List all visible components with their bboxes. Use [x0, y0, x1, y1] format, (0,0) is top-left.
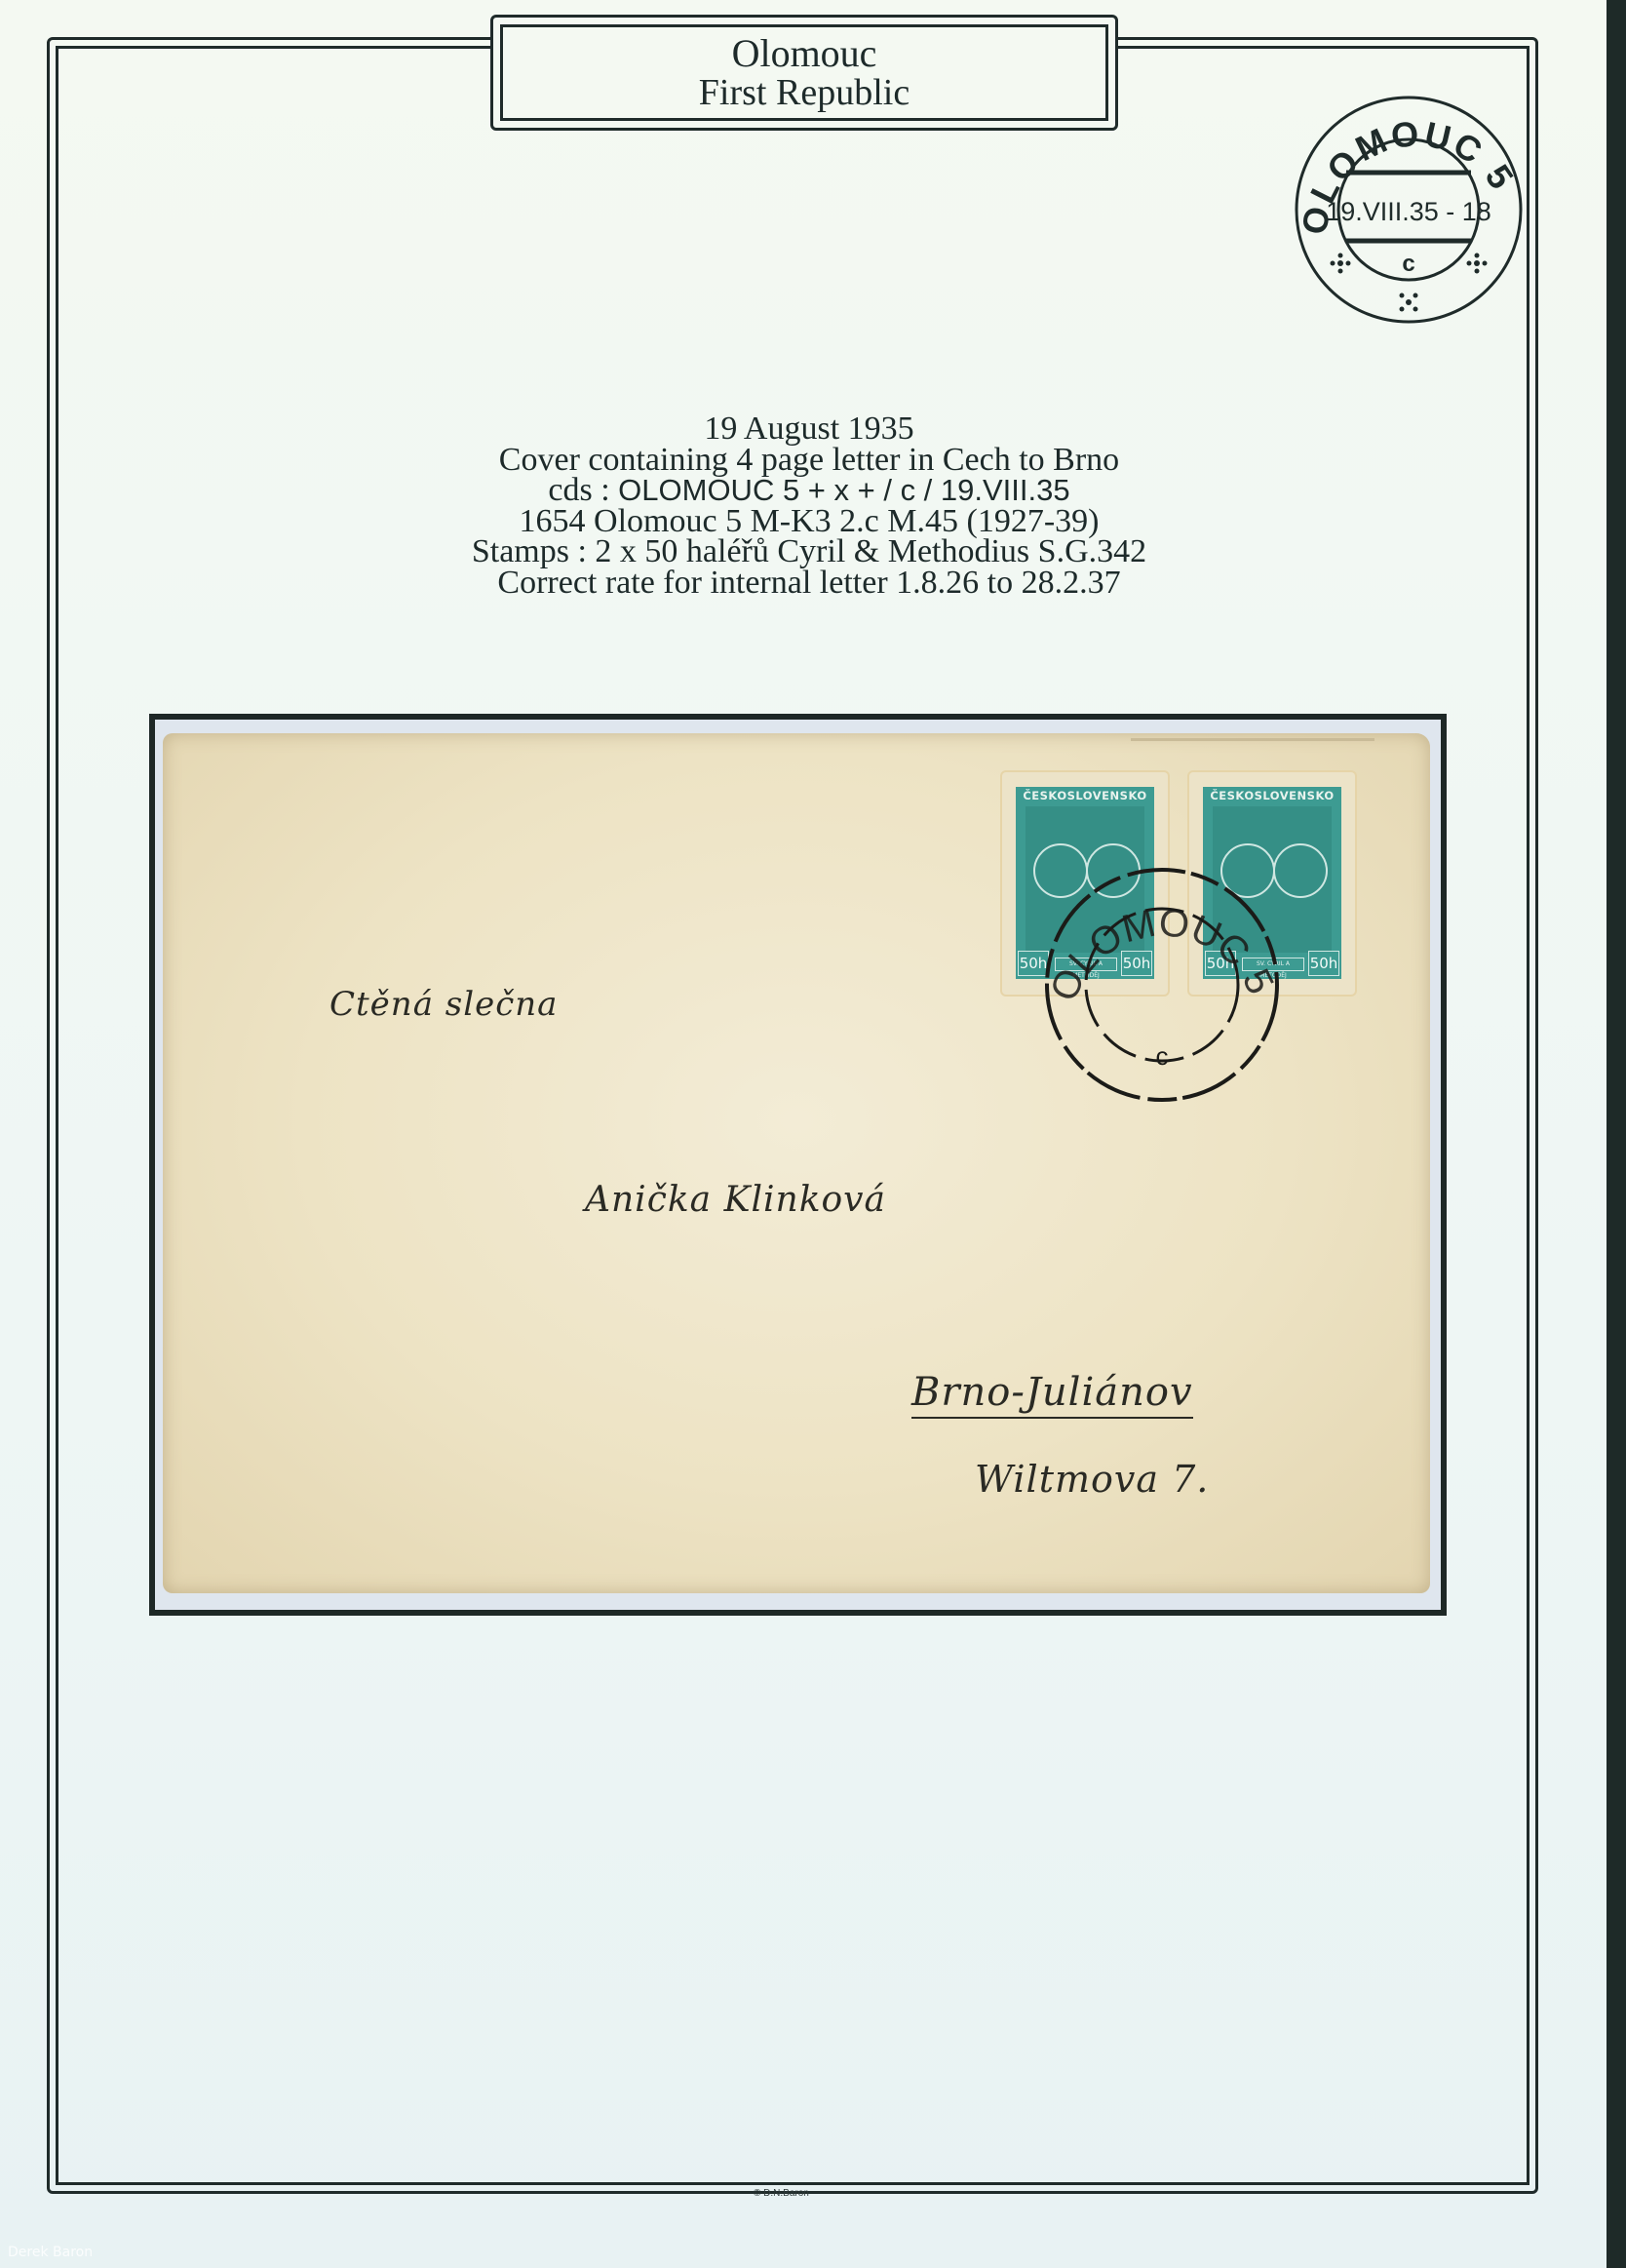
stamp-country: ČESKOSLOVENSKO — [1203, 789, 1341, 802]
desc-catalogue: 1654 Olomouc 5 M-K3 2.c M.45 (1927-39) — [292, 506, 1326, 537]
page-subtitle: First Republic — [699, 73, 910, 112]
cancel-town: OLOMOUC 5 — [1042, 901, 1282, 1007]
envelope-flap-edge — [1131, 738, 1374, 741]
copyright-credit: © D.N.Baron — [754, 2188, 809, 2199]
desc-stamps: Stamps : 2 x 50 haléřů Cyril & Methodius… — [292, 536, 1326, 567]
stamp-value-right: 50h — [1308, 951, 1339, 976]
address-street: Wiltmova 7. — [975, 1458, 1209, 1501]
cancellation-postmark: OLOMOUC 5 c — [1035, 858, 1289, 1112]
postmark-illustration: OLOMOUC 5 19.VIII.35 - 18 c — [1290, 90, 1529, 329]
page-title: Olomouc — [732, 34, 877, 73]
postmark-date: 19.VIII.35 - 18 — [1326, 197, 1491, 226]
desc-contents: Cover containing 4 page letter in Cech t… — [292, 445, 1326, 476]
address-greeting: Ctěná slečna — [329, 985, 558, 1024]
desc-date: 19 August 1935 — [292, 413, 1326, 445]
title-box: Olomouc First Republic — [490, 15, 1118, 131]
address-name: Anička Klinková — [585, 1180, 886, 1220]
desc-cds-value: OLOMOUC 5 + x + / c / 19.VIII.35 — [618, 473, 1069, 507]
address-city: Brno-Juliánov — [911, 1370, 1193, 1419]
cancel-letter: c — [1156, 1041, 1169, 1071]
desc-cds: cds : OLOMOUC 5 + x + / c / 19.VIII.35 — [292, 475, 1326, 506]
stamp-country: ČESKOSLOVENSKO — [1016, 789, 1154, 802]
scan-edge — [1607, 0, 1626, 2268]
title-box-inner: Olomouc First Republic — [500, 24, 1108, 121]
postmark-letter: c — [1402, 251, 1414, 277]
svg-text:OLOMOUC 5: OLOMOUC 5 — [1042, 901, 1282, 1007]
desc-rate: Correct rate for internal letter 1.8.26 … — [292, 567, 1326, 599]
watermark: Derek Baron — [8, 2245, 93, 2260]
cover-description: 19 August 1935 Cover containing 4 page l… — [292, 413, 1326, 598]
